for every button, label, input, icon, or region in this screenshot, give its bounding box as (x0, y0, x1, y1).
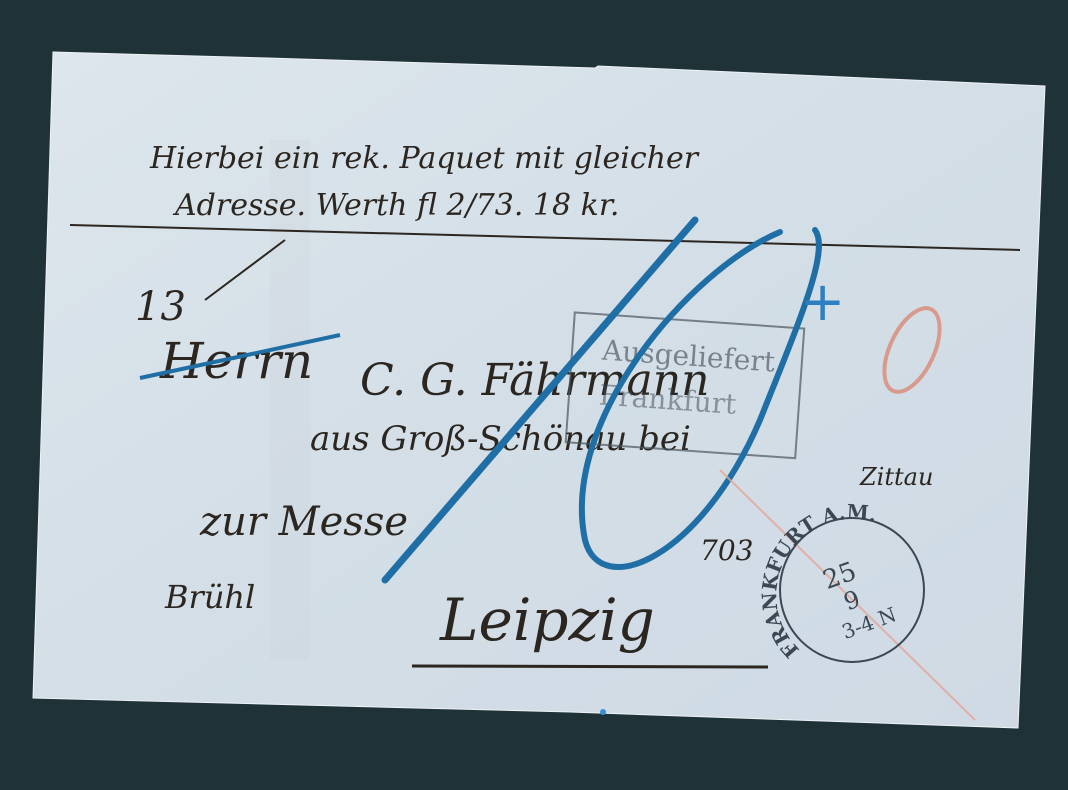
scan-background: { "document": { "type": "stampless folde… (0, 0, 1068, 790)
address-house-number: 703 (700, 534, 753, 567)
annotation-line-1: Hierbei ein rek. Paquet mit gleicher (149, 141, 700, 176)
blue-cross: + (800, 270, 845, 333)
letter-scan: Hierbei ein rek. Paquet mit gleicher Adr… (0, 0, 1068, 790)
address-street: Brühl (164, 578, 255, 616)
annotation-line-2: Adresse. Werth fl 2/73. 18 kr. (172, 188, 619, 223)
address-salutation: Herrn (159, 332, 313, 390)
address-line-3: zur Messe (199, 499, 408, 545)
address-line-2: aus Groß-Schönau bei (310, 419, 691, 459)
address-city: Leipzig (439, 586, 655, 654)
address-line-2b: Zittau (859, 463, 933, 491)
city-underline (412, 666, 768, 667)
rate-number-13: 13 (135, 284, 186, 330)
blue-speck (600, 709, 606, 715)
